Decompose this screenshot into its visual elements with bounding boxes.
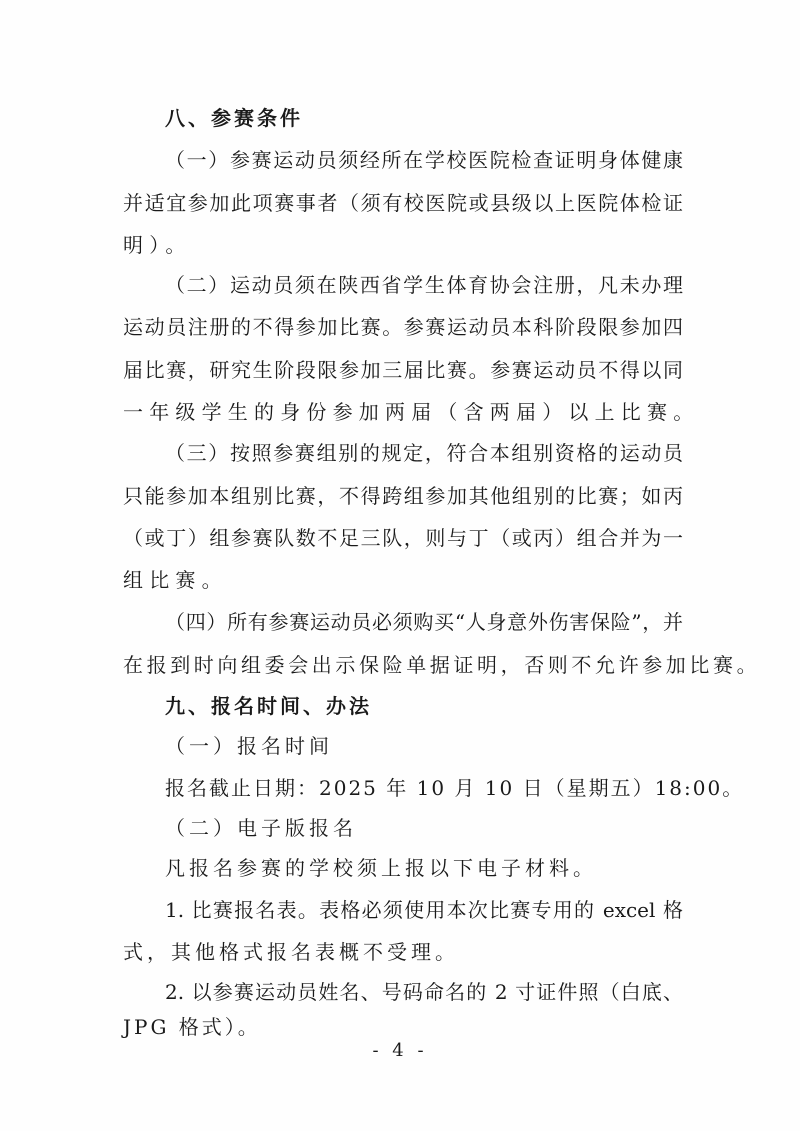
paragraph-line: （一）参赛运动员须经所在学校医院检查证明身体健康 (165, 148, 683, 172)
deadline-text: 报名截止日期：2025 年 10 月 10 日（星期五）18:00。 (165, 776, 683, 800)
paragraph-line: 运动员注册的不得参加比赛。参赛运动员本科阶段限参加四 (123, 315, 683, 339)
paragraph-line: （三）按照参赛组别的规定，符合本组别资格的运动员 (165, 441, 683, 465)
paragraph-line: 并适宜参加此项赛事者（须有校医院或县级以上医院体检证 (123, 191, 683, 215)
paragraph-line: （四）所有参赛运动员必须购买“人身意外伤害保险”，并 (165, 610, 683, 634)
subsection-title: （二）电子版报名 (165, 816, 683, 840)
paragraph-line: 一年级学生的身份参加两届（含两届）以上比赛。 (123, 400, 683, 424)
list-item-line: 2. 以参赛运动员姓名、号码命名的 2 寸证件照（白底、 (165, 980, 683, 1004)
list-item-line: JPG 格式）。 (123, 1015, 683, 1039)
paragraph-line: 明）。 (123, 233, 683, 257)
section-8-heading: 八、参赛条件 (165, 106, 683, 130)
paragraph-line: 届比赛，研究生阶段限参加三届比赛。参赛运动员不得以同 (123, 358, 683, 382)
paragraph-line: （或丁）组参赛队数不足三队，则与丁（或丙）组合并为一 (123, 526, 683, 550)
section-9-heading: 九、报名时间、办法 (165, 694, 683, 718)
document-page: 八、参赛条件 （一）参赛运动员须经所在学校医院检查证明身体健康 并适宜参加此项赛… (0, 0, 800, 1131)
paragraph-line: 凡报名参赛的学校须上报以下电子材料。 (165, 856, 683, 880)
list-item-line: 式，其他格式报名表概不受理。 (123, 940, 683, 964)
paragraph-line: 在报到时向组委会出示保险单据证明，否则不允许参加比赛。 (123, 653, 683, 677)
paragraph-line: （二）运动员须在陕西省学生体育协会注册，凡未办理 (165, 273, 683, 297)
paragraph-line: 只能参加本组别比赛，不得跨组参加其他组别的比赛；如丙 (123, 484, 683, 508)
paragraph-line: 组比赛。 (123, 568, 683, 592)
subsection-title: （一）报名时间 (165, 734, 683, 758)
page-number: - 4 - (0, 1040, 800, 1061)
list-item-line: 1. 比赛报名表。表格必须使用本次比赛专用的 excel 格 (165, 898, 683, 922)
